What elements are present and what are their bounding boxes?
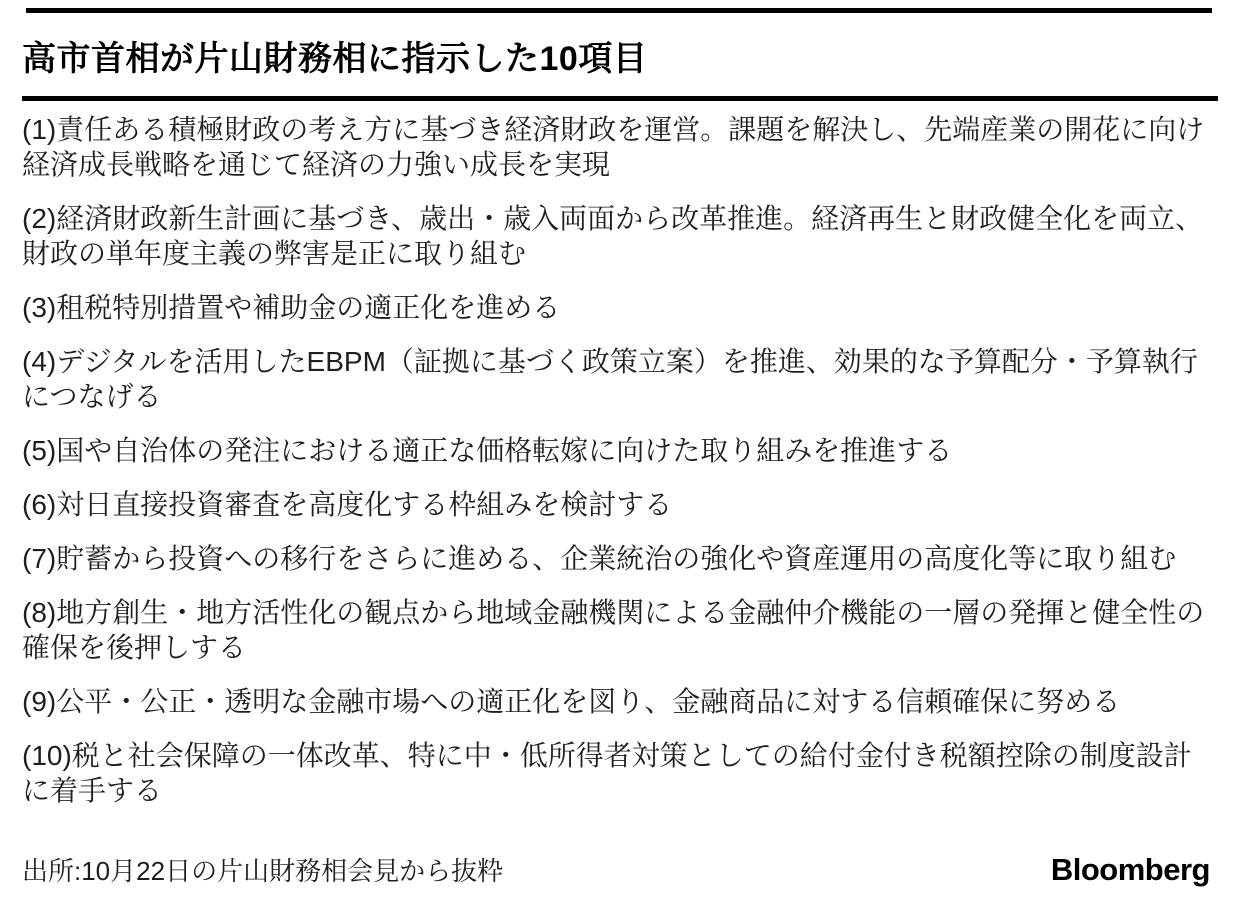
list-item-9: (9)公平・公正・透明な金融市場への適正化を図り、金融商品に対する信頼確保に努め… <box>22 684 1216 719</box>
list-item-6: (6)対日直接投資審査を高度化する枠組みを検討する <box>22 487 1216 522</box>
list-item-3: (3)租税特別措置や補助金の適正化を進める <box>22 290 1216 325</box>
source-note: 出所:10月22日の片山財務相会見から抜粋 <box>22 851 503 888</box>
list-item-2: (2)経済財政新生計画に基づき、歳出・歳入両面から改革推進。経済再生と財政健全化… <box>22 201 1216 271</box>
list-item-8: (8)地方創生・地方活性化の観点から地域金融機関による金融仲介機能の一層の発揮と… <box>22 595 1216 665</box>
page-title: 高市首相が片山財務相に指示した10項目 <box>22 39 1218 80</box>
bloomberg-infographic: 高市首相が片山財務相に指示した10項目 (1)責任ある積極財政の考え方に基づき経… <box>0 0 1240 908</box>
bloomberg-logo: Bloomberg <box>1051 852 1210 888</box>
list-item-4: (4)デジタルを活用したEBPM（証拠に基づく政策立案）を推進、効果的な予算配分… <box>22 344 1216 414</box>
list-item-1: (1)責任ある積極財政の考え方に基づき経済財政を運営。課題を解決し、先端産業の開… <box>22 112 1216 182</box>
list-item-7: (7)貯蓄から投資への移行をさらに進める、企業統治の強化や資産運用の高度化等に取… <box>22 541 1216 576</box>
title-divider <box>22 96 1218 101</box>
item-list: (1)責任ある積極財政の考え方に基づき経済財政を運営。課題を解決し、先端産業の開… <box>22 112 1216 808</box>
top-rule <box>26 8 1212 13</box>
list-item-10: (10)税と社会保障の一体改革、特に中・低所得者対策としての給付金付き税額控除の… <box>22 738 1216 808</box>
footer: 出所:10月22日の片山財務相会見から抜粋 Bloomberg <box>22 851 1210 888</box>
list-item-5: (5)国や自治体の発注における適正な価格転嫁に向けた取り組みを推進する <box>22 433 1216 468</box>
